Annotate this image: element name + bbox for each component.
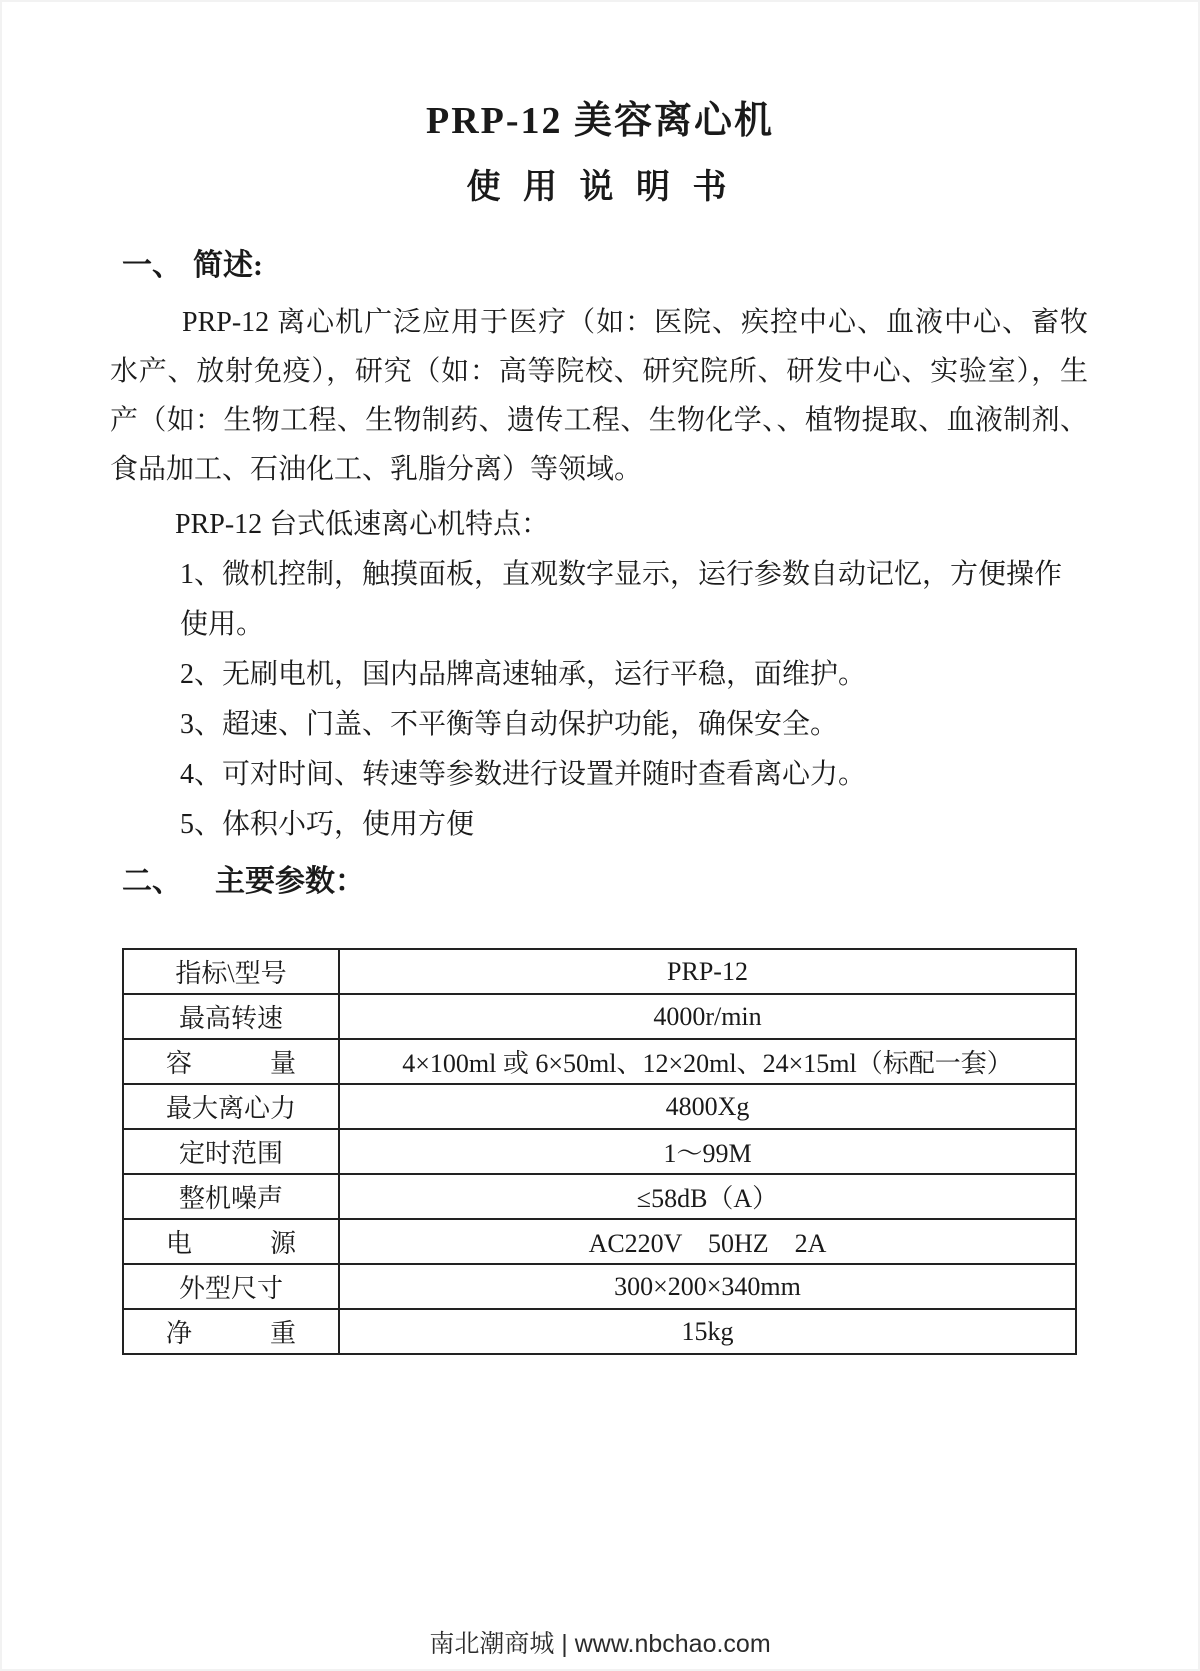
spec-label: 整机噪声 xyxy=(123,1174,339,1219)
table-row: 容 量 4×100ml 或 6×50ml、12×20ml、24×15ml（标配一… xyxy=(123,1039,1076,1084)
feature-item-3: 3、超速、门盖、不平衡等自动保护功能，确保安全。 xyxy=(110,700,1088,750)
spec-label: 定时范围 xyxy=(123,1129,339,1174)
feature-item-2: 2、无刷电机，国内品牌高速轴承，运行平稳，面维护。 xyxy=(110,650,1088,700)
spec-value: PRP-12 xyxy=(339,949,1076,994)
table-row: 净 重 15kg xyxy=(123,1309,1076,1354)
spec-label: 外型尺寸 xyxy=(123,1264,339,1309)
section-1-number: 一、 xyxy=(122,248,193,284)
spec-value: 4×100ml 或 6×50ml、12×20ml、24×15ml（标配一套） xyxy=(339,1039,1076,1084)
features-title: PRP-12 台式低速离心机特点： xyxy=(110,500,1088,550)
spec-label: 电 源 xyxy=(123,1219,339,1264)
spec-value: 15kg xyxy=(339,1309,1076,1354)
spec-value: AC220V 50HZ 2A xyxy=(339,1219,1076,1264)
spec-label: 最高转速 xyxy=(123,994,339,1039)
feature-item-1: 1、微机控制，触摸面板，直观数字显示，运行参数自动记忆，方便操作使用。 xyxy=(110,550,1088,650)
table-row: 最大离心力 4800Xg xyxy=(123,1084,1076,1129)
section-2-title: 主要参数： xyxy=(215,864,365,900)
doc-subtitle: 使 用 说 明 书 xyxy=(0,168,1200,208)
section-1-title: 简述: xyxy=(193,248,263,284)
spec-label: 容 量 xyxy=(123,1039,339,1084)
spec-value: 4800Xg xyxy=(339,1084,1076,1129)
table-row: 定时范围 1～99M xyxy=(123,1129,1076,1174)
spec-value: ≤58dB（A） xyxy=(339,1174,1076,1219)
table-row: 指标\型号 PRP-12 xyxy=(123,949,1076,994)
spec-label: 指标\型号 xyxy=(123,949,339,994)
footer-watermark: 南北潮商城 | www.nbchao.com xyxy=(0,1624,1200,1660)
section-1-heading: 一、 简述: xyxy=(122,248,1088,284)
table-row: 整机噪声 ≤58dB（A） xyxy=(123,1174,1076,1219)
table-row: 外型尺寸 300×200×340mm xyxy=(123,1264,1076,1309)
feature-item-5: 5、体积小巧，使用方便 xyxy=(110,800,1088,850)
table-row: 最高转速 4000r/min xyxy=(123,994,1076,1039)
specs-table: 指标\型号 PRP-12 最高转速 4000r/min 容 量 4×100ml … xyxy=(122,948,1077,1355)
section-2-heading: 二、 主要参数： xyxy=(122,864,1088,900)
spec-label: 净 重 xyxy=(123,1309,339,1354)
intro-paragraph: PRP-12 离心机广泛应用于医疗（如：医院、疾控中心、血液中心、畜牧水产、放射… xyxy=(110,298,1088,494)
spec-value: 300×200×340mm xyxy=(339,1264,1076,1309)
spec-label: 最大离心力 xyxy=(123,1084,339,1129)
feature-item-4: 4、可对时间、转速等参数进行设置并随时查看离心力。 xyxy=(110,750,1088,800)
spec-value: 1～99M xyxy=(339,1129,1076,1174)
section-2-number: 二、 xyxy=(122,864,215,900)
document-page: PRP-12 美容离心机 使 用 说 明 书 一、 简述: PRP-12 离心机… xyxy=(0,0,1200,1671)
table-row: 电 源 AC220V 50HZ 2A xyxy=(123,1219,1076,1264)
spec-value: 4000r/min xyxy=(339,994,1076,1039)
content-area: 一、 简述: PRP-12 离心机广泛应用于医疗（如：医院、疾控中心、血液中心、… xyxy=(110,248,1088,1355)
doc-title: PRP-12 美容离心机 xyxy=(0,0,1200,144)
